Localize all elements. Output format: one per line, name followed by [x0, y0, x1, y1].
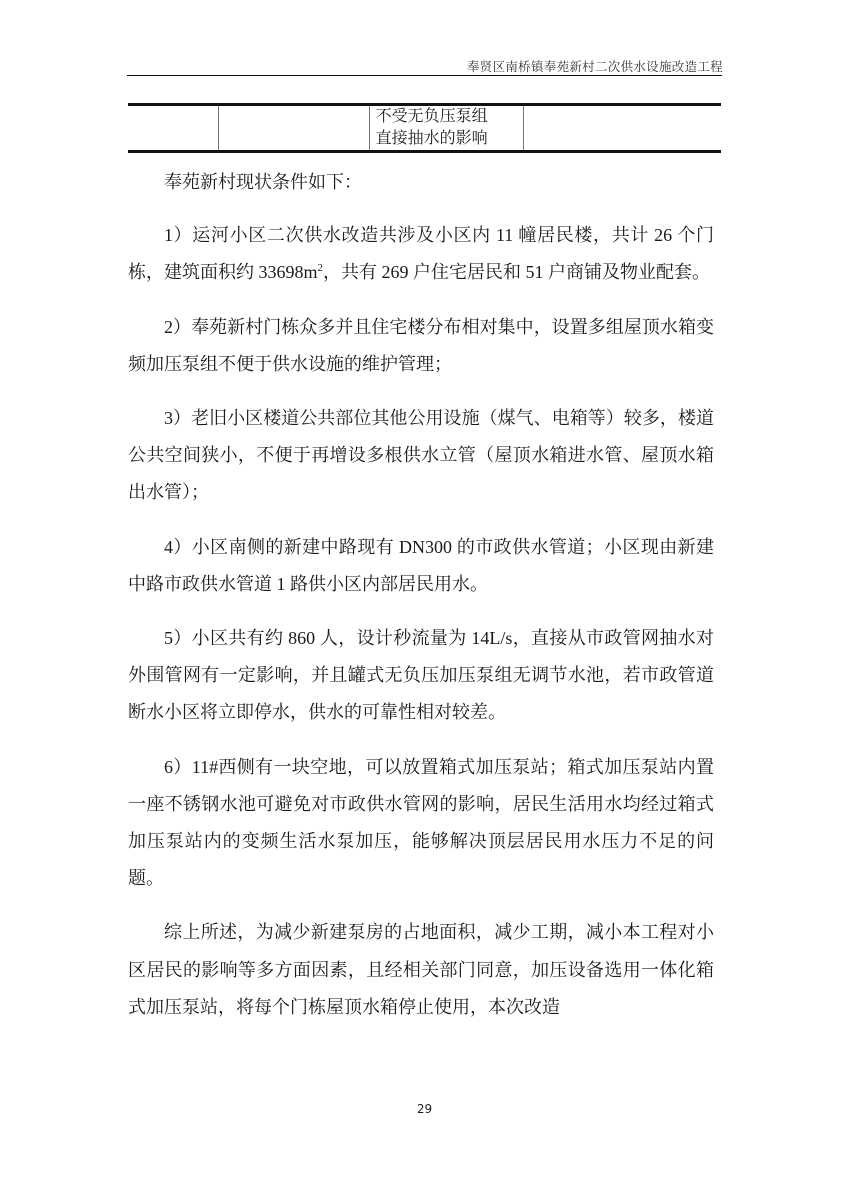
document-body: 奉苑新村现状条件如下： 1）运河小区二次供水改造共涉及小区内 11 幢居民楼，共… — [128, 164, 714, 1043]
condition-item-2: 2）奉苑新村门栋众多并且住宅楼分布相对集中，设置多组屋顶水箱变频加压泵组不便于供… — [128, 309, 714, 383]
condition-item-4: 4）小区南侧的新建中路现有 DN300 的市政供水管道；小区现由新建中路市政供水… — [128, 529, 714, 603]
table-fragment: 不受无负压泵组 直接抽水的影响 — [128, 103, 721, 153]
table-cell-line: 不受无负压泵组 — [376, 106, 518, 128]
condition-item-6: 6）11#西侧有一块空地，可以放置箱式加压泵站；箱式加压泵站内置一座不锈钢水池可… — [128, 749, 714, 898]
table-cell — [524, 105, 721, 152]
condition-item-1: 1）运河小区二次供水改造共涉及小区内 11 幢居民楼，共计 26 个门栋，建筑面… — [128, 217, 714, 291]
header-rule — [127, 75, 722, 76]
table-row: 不受无负压泵组 直接抽水的影响 — [128, 105, 721, 152]
summary-paragraph: 综上所述，为减少新建泵房的占地面积，减少工期，减小本工程对小区居民的影响等多方面… — [128, 914, 714, 1026]
intro-paragraph: 奉苑新村现状条件如下： — [128, 164, 714, 201]
table-cell — [218, 105, 369, 152]
condition-item-3: 3）老旧小区楼道公共部位其他公用设施（煤气、电箱等）较多，楼道公共空间狭小，不便… — [128, 400, 714, 512]
page-number: 29 — [0, 1102, 849, 1116]
table-cell-line: 直接抽水的影响 — [376, 128, 518, 150]
running-header-title: 奉贤区南桥镇奉苑新村二次供水设施改造工程 — [467, 57, 723, 75]
table-cell — [128, 105, 218, 152]
table-cell: 不受无负压泵组 直接抽水的影响 — [369, 105, 524, 152]
condition-text: ，共有 269 户住宅居民和 51 户商铺及物业配套。 — [323, 262, 710, 282]
condition-item-5: 5）小区共有约 860 人，设计秒流量为 14L/s，直接从市政管网抽水对外围管… — [128, 620, 714, 732]
